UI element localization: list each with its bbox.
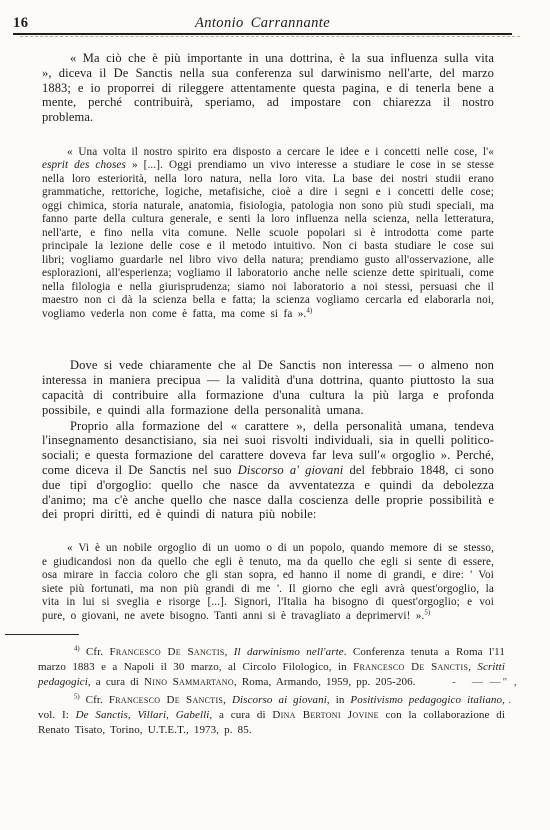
text-segment: Francesco De Sanctis [109,694,223,706]
scan-artifact-dot: · [508,698,511,709]
text-segment: Positivismo pedagogico italiano [350,694,502,706]
text-segment: esprit des choses [42,159,126,171]
paragraph-dove-si-vede: Dove si vede chiaramente che al De Sanct… [42,358,494,417]
scanned-page: 16 Antonio Carrannante « Ma ciò che è pi… [0,0,550,830]
block-quote-una-volta: « Una volta il nostro spirito era dispos… [42,146,494,322]
running-head-title: Antonio Carrannante [13,15,512,32]
text-segment: Francesco De Sanctis [353,661,468,673]
footnotes-section: 4) Cfr. Francesco De Sanctis, Il darwini… [38,645,505,738]
text-segment: , [225,646,234,658]
footnote-separator-rule [5,634,79,635]
footnote-4: 4) Cfr. Francesco De Sanctis, Il darwini… [38,645,505,690]
text-segment: « Una volta il nostro spirito era dispos… [67,146,494,158]
text-segment: , a cura di [209,709,272,721]
text-segment: » [...]. Oggi prendiamo un vivo interess… [42,159,494,320]
text-segment: Dina Bertoni Jovine [272,709,378,721]
text-segment: De Sanctis, Villari, Gabelli [76,709,210,721]
text-segment: Cfr. [80,646,110,658]
text-segment: Cfr. [80,694,109,706]
block-quote-vi-e-un-nobile-orgoglio: « Vi è un nobile orgoglio di un uomo o d… [42,542,494,623]
text-segment: , [223,694,232,706]
scan-artifact-marks: - — —" , [452,676,519,688]
text-segment: « Ma ciò che è più importante in una dot… [42,51,494,124]
text-segment: Il darwinismo nell'arte [234,646,344,658]
text-segment: 5) [424,608,430,616]
running-head-rule-echo [20,36,520,37]
text-segment: Nino Sammartano [144,676,234,688]
running-head-rule [13,33,512,35]
running-head: 16 Antonio Carrannante [13,13,512,33]
text-segment: , Roma, Armando, 1959, pp. 205-206. [234,676,416,688]
text-segment: 4) [306,306,312,314]
footnote-5: 5) Cfr. Francesco De Sanctis, Discorso a… [38,693,505,738]
text-segment: Discorso a' giovani [238,463,344,477]
text-segment: , in [327,694,351,706]
paragraph-proprio-alla-formazione: Proprio alla formazione del « carattere … [42,419,494,523]
page-body: « Ma ciò che è più importante in una dot… [42,51,494,623]
paragraph-opening-quote: « Ma ciò che è più importante in una dot… [42,51,494,125]
text-segment: Francesco De Sanctis [110,646,225,658]
text-segment: , a cura di [88,676,144,688]
text-segment: Discorso ai giovani [232,694,327,706]
text-segment: Dove si vede chiaramente che al De Sanct… [42,358,494,416]
